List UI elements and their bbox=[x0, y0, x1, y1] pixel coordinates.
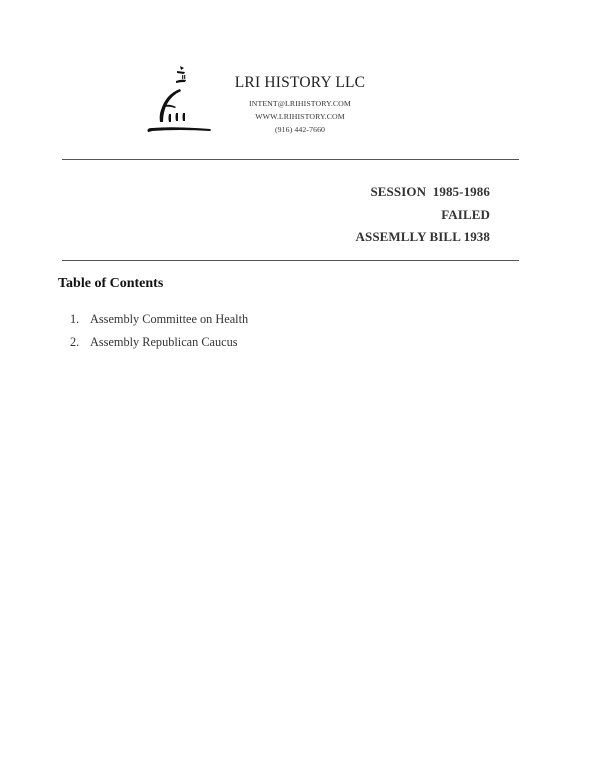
toc-item-label[interactable]: Assembly Committee on Health bbox=[90, 308, 248, 331]
company-phone: (916) 442-7660 bbox=[230, 123, 370, 136]
toc-item-label[interactable]: Assembly Republican Caucus bbox=[90, 331, 238, 354]
company-email: INTENT@LRIHISTORY.COM bbox=[230, 97, 370, 110]
toc-item[interactable]: 2. Assembly Republican Caucus bbox=[70, 331, 248, 354]
session-label: SESSION 1985-1986 bbox=[356, 181, 491, 204]
bill-number: ASSEMLLY BILL 1938 bbox=[356, 226, 491, 249]
toc-list: 1. Assembly Committee on Health 2. Assem… bbox=[70, 308, 248, 354]
toc-item-number: 1. bbox=[70, 308, 90, 331]
divider-bottom bbox=[62, 260, 519, 261]
company-name: LRI HISTORY LLC bbox=[230, 74, 370, 92]
company-info: LRI HISTORY LLC INTENT@LRIHISTORY.COM WW… bbox=[230, 74, 370, 136]
toc-item-number: 2. bbox=[70, 331, 90, 354]
status-label: FAILED bbox=[356, 204, 491, 227]
divider-top bbox=[62, 159, 519, 160]
capitol-dome-icon bbox=[144, 62, 216, 138]
toc-item[interactable]: 1. Assembly Committee on Health bbox=[70, 308, 248, 331]
company-website: WWW.LRIHISTORY.COM bbox=[230, 110, 370, 123]
bill-info: SESSION 1985-1986 FAILED ASSEMLLY BILL 1… bbox=[356, 181, 491, 249]
toc-title: Table of Contents bbox=[58, 276, 163, 292]
